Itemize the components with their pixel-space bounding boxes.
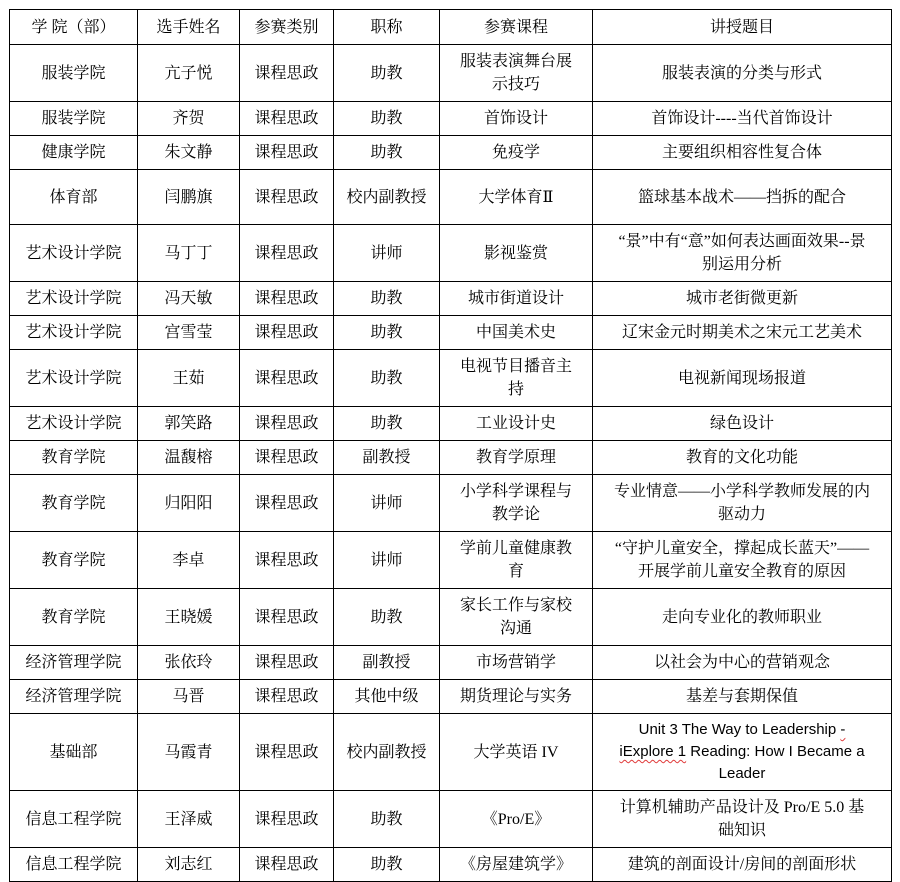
cell-title: 讲师 [334, 532, 440, 589]
table-row: 信息工程学院 王泽威 课程思政 助教 《Pro/E》 计算机辅助产品设计及 Pr… [10, 791, 892, 848]
cell-category: 课程思政 [240, 441, 334, 475]
cell-topic: 建筑的剖面设计/房间的剖面形状 [593, 848, 892, 882]
cell-name: 李卓 [138, 532, 240, 589]
column-header-name: 选手姓名 [138, 10, 240, 45]
cell-name: 亢子悦 [138, 45, 240, 102]
cell-name: 朱文静 [138, 136, 240, 170]
cell-college: 经济管理学院 [10, 646, 138, 680]
cell-topic: Unit 3 The Way to Leadership -iExplore 1… [593, 714, 892, 791]
cell-title: 助教 [334, 350, 440, 407]
cell-title: 其他中级 [334, 680, 440, 714]
table-row: 艺术设计学院 郭笑路 课程思政 助教 工业设计史 绿色设计 [10, 407, 892, 441]
cell-category: 课程思政 [240, 282, 334, 316]
table-row: 健康学院 朱文静 课程思政 助教 免疫学 主要组织相容性复合体 [10, 136, 892, 170]
cell-course: 《房屋建筑学》 [440, 848, 593, 882]
cell-course: 服装表演舞台展示技巧 [440, 45, 593, 102]
column-header-category: 参赛类别 [240, 10, 334, 45]
cell-course: 市场营销学 [440, 646, 593, 680]
table-row: 艺术设计学院 冯天敏 课程思政 助教 城市街道设计 城市老街微更新 [10, 282, 892, 316]
cell-name: 郭笑路 [138, 407, 240, 441]
column-header-course: 参赛课程 [440, 10, 593, 45]
table-row: 基础部 马霞青 课程思政 校内副教授 大学英语 IV Unit 3 The Wa… [10, 714, 892, 791]
cell-college: 教育学院 [10, 441, 138, 475]
cell-college: 教育学院 [10, 532, 138, 589]
column-header-topic: 讲授题目 [593, 10, 892, 45]
table-row: 信息工程学院 刘志红 课程思政 助教 《房屋建筑学》 建筑的剖面设计/房间的剖面… [10, 848, 892, 882]
cell-course: 大学体育Ⅱ [440, 170, 593, 225]
cell-category: 课程思政 [240, 714, 334, 791]
cell-title: 助教 [334, 589, 440, 646]
cell-course: 期货理论与实务 [440, 680, 593, 714]
cell-course: 首饰设计 [440, 102, 593, 136]
cell-title: 副教授 [334, 441, 440, 475]
cell-topic: 以社会为中心的营销观念 [593, 646, 892, 680]
cell-college: 信息工程学院 [10, 791, 138, 848]
cell-title: 助教 [334, 45, 440, 102]
cell-category: 课程思政 [240, 848, 334, 882]
cell-course: 学前儿童健康教育 [440, 532, 593, 589]
cell-course: 大学英语 IV [440, 714, 593, 791]
cell-topic: 走向专业化的教师职业 [593, 589, 892, 646]
cell-course: 影视鉴赏 [440, 225, 593, 282]
cell-name: 刘志红 [138, 848, 240, 882]
table-row: 服装学院 亢子悦 课程思政 助教 服装表演舞台展示技巧 服装表演的分类与形式 [10, 45, 892, 102]
cell-title: 讲师 [334, 225, 440, 282]
cell-name: 马霞青 [138, 714, 240, 791]
cell-college: 服装学院 [10, 102, 138, 136]
cell-name: 宫雪莹 [138, 316, 240, 350]
cell-name: 马晋 [138, 680, 240, 714]
cell-college: 教育学院 [10, 475, 138, 532]
cell-college: 服装学院 [10, 45, 138, 102]
cell-topic: 电视新闻现场报道 [593, 350, 892, 407]
cell-category: 课程思政 [240, 225, 334, 282]
cell-college: 艺术设计学院 [10, 225, 138, 282]
cell-name: 王泽威 [138, 791, 240, 848]
table-row: 教育学院 温馥榕 课程思政 副教授 教育学原理 教育的文化功能 [10, 441, 892, 475]
cell-category: 课程思政 [240, 532, 334, 589]
cell-name: 马丁丁 [138, 225, 240, 282]
column-header-college: 学 院（部） [10, 10, 138, 45]
cell-college: 艺术设计学院 [10, 316, 138, 350]
cell-college: 艺术设计学院 [10, 350, 138, 407]
cell-course: 家长工作与家校沟通 [440, 589, 593, 646]
column-header-title: 职称 [334, 10, 440, 45]
cell-category: 课程思政 [240, 475, 334, 532]
cell-topic: 计算机辅助产品设计及 Pro/E 5.0 基础知识 [593, 791, 892, 848]
table-row: 艺术设计学院 宫雪莹 课程思政 助教 中国美术史 辽宋金元时期美术之宋元工艺美术 [10, 316, 892, 350]
table-row: 体育部 闫鹏旗 课程思政 校内副教授 大学体育Ⅱ 篮球基本战术——挡拆的配合 [10, 170, 892, 225]
cell-name: 归阳阳 [138, 475, 240, 532]
competition-table: 学 院（部） 选手姓名 参赛类别 职称 参赛课程 讲授题目 服装学院 亢子悦 课… [9, 9, 892, 882]
cell-title: 助教 [334, 407, 440, 441]
cell-topic: “守护儿童安全，撑起成长蓝天”——开展学前儿童安全教育的原因 [593, 532, 892, 589]
table-row: 教育学院 王晓媛 课程思政 助教 家长工作与家校沟通 走向专业化的教师职业 [10, 589, 892, 646]
cell-college: 体育部 [10, 170, 138, 225]
header-row: 学 院（部） 选手姓名 参赛类别 职称 参赛课程 讲授题目 [10, 10, 892, 45]
cell-topic: 专业情意——小学科学教师发展的内驱动力 [593, 475, 892, 532]
cell-name: 张依玲 [138, 646, 240, 680]
cell-course: 小学科学课程与教学论 [440, 475, 593, 532]
cell-category: 课程思政 [240, 680, 334, 714]
cell-title: 校内副教授 [334, 714, 440, 791]
cell-topic: 城市老街微更新 [593, 282, 892, 316]
table-row: 经济管理学院 马晋 课程思政 其他中级 期货理论与实务 基差与套期保值 [10, 680, 892, 714]
cell-title: 助教 [334, 791, 440, 848]
cell-category: 课程思政 [240, 589, 334, 646]
cell-category: 课程思政 [240, 136, 334, 170]
table-header: 学 院（部） 选手姓名 参赛类别 职称 参赛课程 讲授题目 [10, 10, 892, 45]
cell-topic: “景”中有“意”如何表达画面效果--景别运用分析 [593, 225, 892, 282]
cell-college: 基础部 [10, 714, 138, 791]
cell-course: 城市街道设计 [440, 282, 593, 316]
cell-topic: 基差与套期保值 [593, 680, 892, 714]
table-body: 服装学院 亢子悦 课程思政 助教 服装表演舞台展示技巧 服装表演的分类与形式 服… [10, 45, 892, 882]
cell-name: 王茹 [138, 350, 240, 407]
cell-course: 电视节目播音主持 [440, 350, 593, 407]
cell-title: 助教 [334, 316, 440, 350]
table-row: 经济管理学院 张依玲 课程思政 副教授 市场营销学 以社会为中心的营销观念 [10, 646, 892, 680]
cell-topic: 篮球基本战术——挡拆的配合 [593, 170, 892, 225]
cell-course: 教育学原理 [440, 441, 593, 475]
cell-category: 课程思政 [240, 102, 334, 136]
cell-category: 课程思政 [240, 170, 334, 225]
cell-topic: 服装表演的分类与形式 [593, 45, 892, 102]
cell-college: 健康学院 [10, 136, 138, 170]
cell-topic: 绿色设计 [593, 407, 892, 441]
cell-course: 中国美术史 [440, 316, 593, 350]
cell-category: 课程思政 [240, 45, 334, 102]
cell-name: 冯天敏 [138, 282, 240, 316]
cell-name: 齐贺 [138, 102, 240, 136]
cell-title: 助教 [334, 136, 440, 170]
cell-category: 课程思政 [240, 407, 334, 441]
cell-course: 《Pro/E》 [440, 791, 593, 848]
cell-title: 校内副教授 [334, 170, 440, 225]
cell-name: 王晓媛 [138, 589, 240, 646]
cell-name: 闫鹏旗 [138, 170, 240, 225]
cell-title: 副教授 [334, 646, 440, 680]
cell-category: 课程思政 [240, 316, 334, 350]
cell-college: 艺术设计学院 [10, 282, 138, 316]
cell-course: 免疫学 [440, 136, 593, 170]
cell-name: 温馥榕 [138, 441, 240, 475]
cell-category: 课程思政 [240, 791, 334, 848]
cell-college: 信息工程学院 [10, 848, 138, 882]
cell-course: 工业设计史 [440, 407, 593, 441]
cell-topic: 首饰设计----当代首饰设计 [593, 102, 892, 136]
cell-title: 讲师 [334, 475, 440, 532]
cell-topic: 教育的文化功能 [593, 441, 892, 475]
cell-topic: 辽宋金元时期美术之宋元工艺美术 [593, 316, 892, 350]
cell-title: 助教 [334, 848, 440, 882]
cell-college: 经济管理学院 [10, 680, 138, 714]
document-page: 学 院（部） 选手姓名 参赛类别 职称 参赛课程 讲授题目 服装学院 亢子悦 课… [0, 0, 900, 882]
cell-college: 艺术设计学院 [10, 407, 138, 441]
table-row: 教育学院 李卓 课程思政 讲师 学前儿童健康教育 “守护儿童安全，撑起成长蓝天”… [10, 532, 892, 589]
cell-category: 课程思政 [240, 350, 334, 407]
cell-title: 助教 [334, 102, 440, 136]
table-row: 艺术设计学院 马丁丁 课程思政 讲师 影视鉴赏 “景”中有“意”如何表达画面效果… [10, 225, 892, 282]
spellcheck-underline: -iExplore 1 [619, 721, 845, 760]
cell-college: 教育学院 [10, 589, 138, 646]
cell-topic: 主要组织相容性复合体 [593, 136, 892, 170]
cell-category: 课程思政 [240, 646, 334, 680]
table-row: 服装学院 齐贺 课程思政 助教 首饰设计 首饰设计----当代首饰设计 [10, 102, 892, 136]
cell-title: 助教 [334, 282, 440, 316]
table-row: 艺术设计学院 王茹 课程思政 助教 电视节目播音主持 电视新闻现场报道 [10, 350, 892, 407]
table-row: 教育学院 归阳阳 课程思政 讲师 小学科学课程与教学论 专业情意——小学科学教师… [10, 475, 892, 532]
